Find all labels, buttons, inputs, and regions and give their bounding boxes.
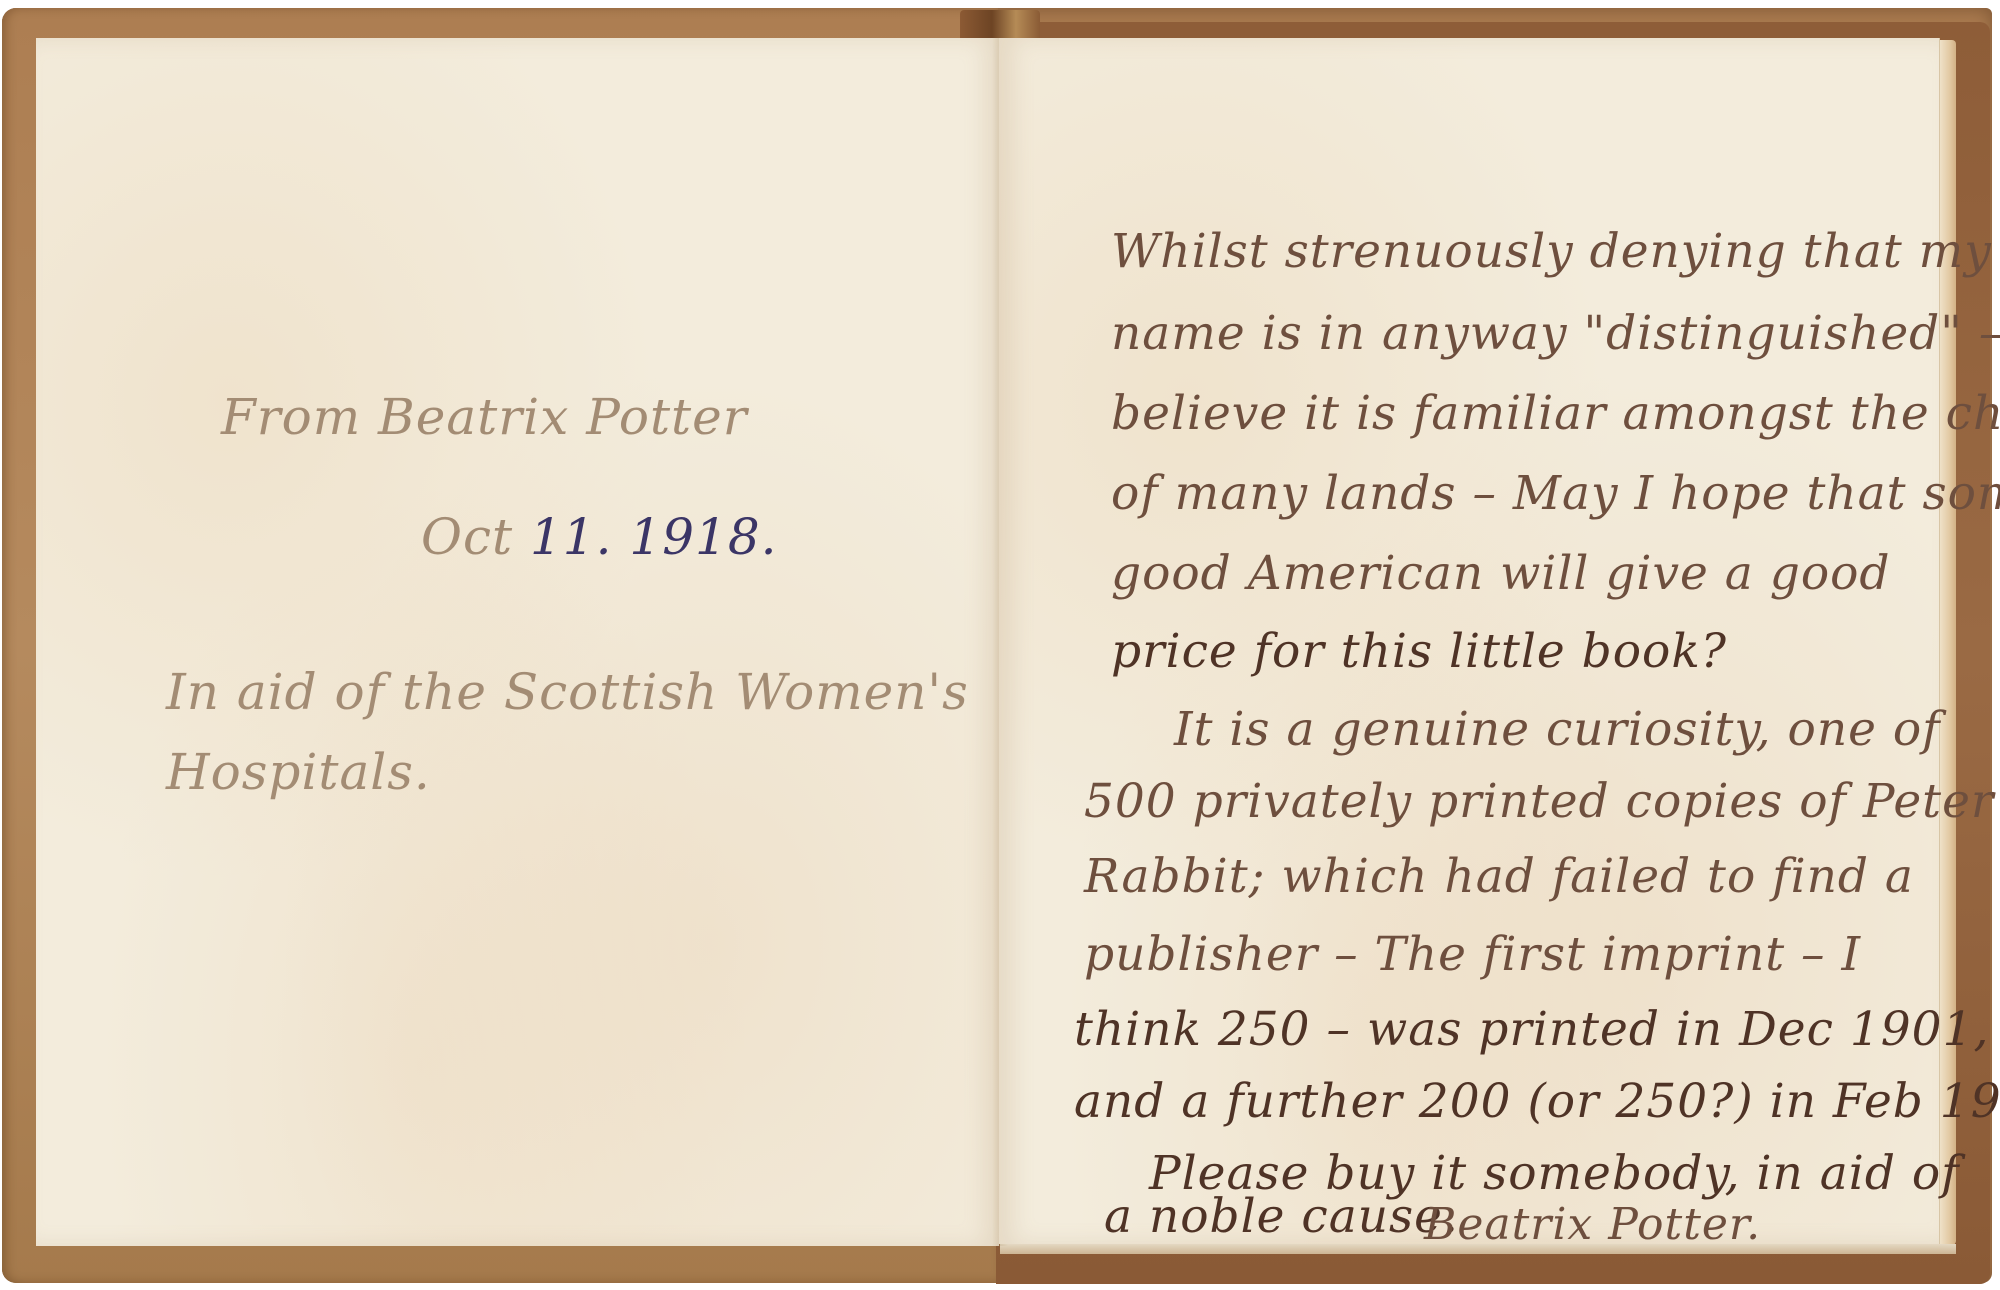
letter-line-4: of many lands – May I hope that some <box>1111 470 2000 517</box>
letter-line-10: publisher – The first imprint – I <box>1084 931 1861 978</box>
letter-line-14: a noble cause. <box>1104 1193 1459 1240</box>
letter-line-5: good American will give a good <box>1111 550 1891 597</box>
page-edges-right <box>1940 40 1956 1245</box>
letter-signature: Beatrix Potter. <box>1424 1203 1761 1247</box>
right-page: Whilst strenuously denying that my name … <box>999 38 1940 1244</box>
inscription-date-month: Oct <box>421 508 513 566</box>
letter-line-8: 500 privately printed copies of Peter <box>1084 778 1994 825</box>
letter-line-2: name is in anyway "distinguished" – I <box>1111 310 2000 357</box>
letter-line-6: price for this little book? <box>1111 628 1727 675</box>
letter-line-11: think 250 – was printed in Dec 1901, <box>1074 1006 1989 1053</box>
letter-line-12: and a further 200 (or 250?) in Feb 1902. <box>1074 1078 2000 1125</box>
inscription-from-line: From Beatrix Potter <box>221 388 748 446</box>
inscription-date-day-year: 11. 1918. <box>530 508 778 566</box>
letter-line-7: It is a genuine curiosity, one of <box>1174 706 1941 753</box>
inscription-date: Oct 11. 1918. <box>421 508 778 566</box>
inscription-note-line-2: Hospitals. <box>166 743 431 801</box>
left-page: From Beatrix Potter Oct 11. 1918. In aid… <box>36 38 999 1246</box>
letter-line-9: Rabbit; which had failed to find a <box>1084 853 1914 900</box>
inscription-note-line-1: In aid of the Scottish Women's <box>166 663 969 721</box>
letter-line-1: Whilst strenuously denying that my <box>1111 228 1992 275</box>
letter-line-3: believe it is familiar amongst the child… <box>1111 390 2000 437</box>
